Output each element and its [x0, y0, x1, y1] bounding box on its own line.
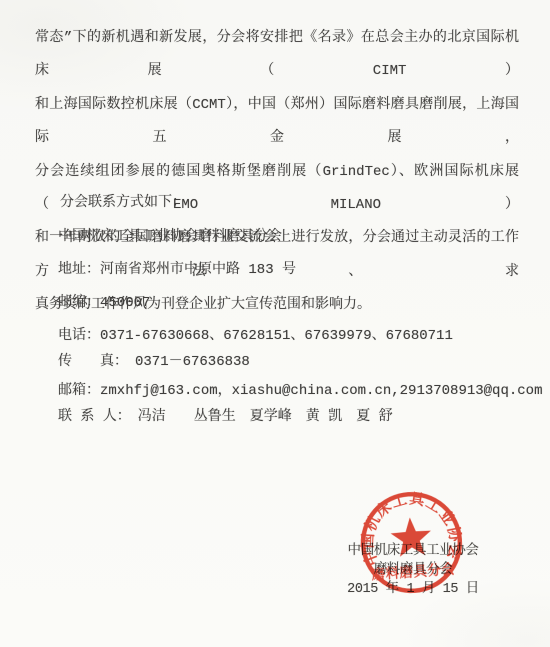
contact-address: 地址：河南省郑州市中原中路 183 号	[58, 260, 296, 280]
paragraph-line-2: 和上海国际数控机床展（CCMT），中国（郑州）国际磨料磨具磨削展，上海国际五金展…	[35, 89, 519, 156]
contact-persons: 联 系 人： 冯洁 丛鲁生 夏学峰 黄 凯 夏 舒	[58, 407, 393, 427]
contact-fax: 传 真： 0371－67636838	[58, 352, 250, 372]
red-star-icon	[390, 516, 433, 557]
contact-postcode: 邮编：450007	[58, 293, 150, 313]
contact-phone: 电话：0371-67630668、67628151、67639979、67680…	[58, 326, 453, 346]
scanned-document-page: 常态”下的新机遇和新发展，分会将安排把《名录》在总会主办的北京国际机床展（CIM…	[0, 0, 550, 647]
contact-email: 邮箱：zmxhfj@163.com，xiashu@china.com.cn,29…	[58, 381, 542, 401]
paragraph-line-1: 常态”下的新机遇和新发展，分会将安排把《名录》在总会主办的北京国际机床展（CIM…	[35, 22, 519, 89]
seal-graphic: 中国机床工具工业协会 磨料磨具分会	[334, 465, 489, 620]
contact-org-name: 中国机床工具工业协会磨料磨具分会	[58, 227, 282, 247]
official-seal-stamp: 中国机床工具工业协会 磨料磨具分会	[334, 465, 489, 620]
contact-intro: 分会联系方式如下：	[60, 193, 186, 213]
